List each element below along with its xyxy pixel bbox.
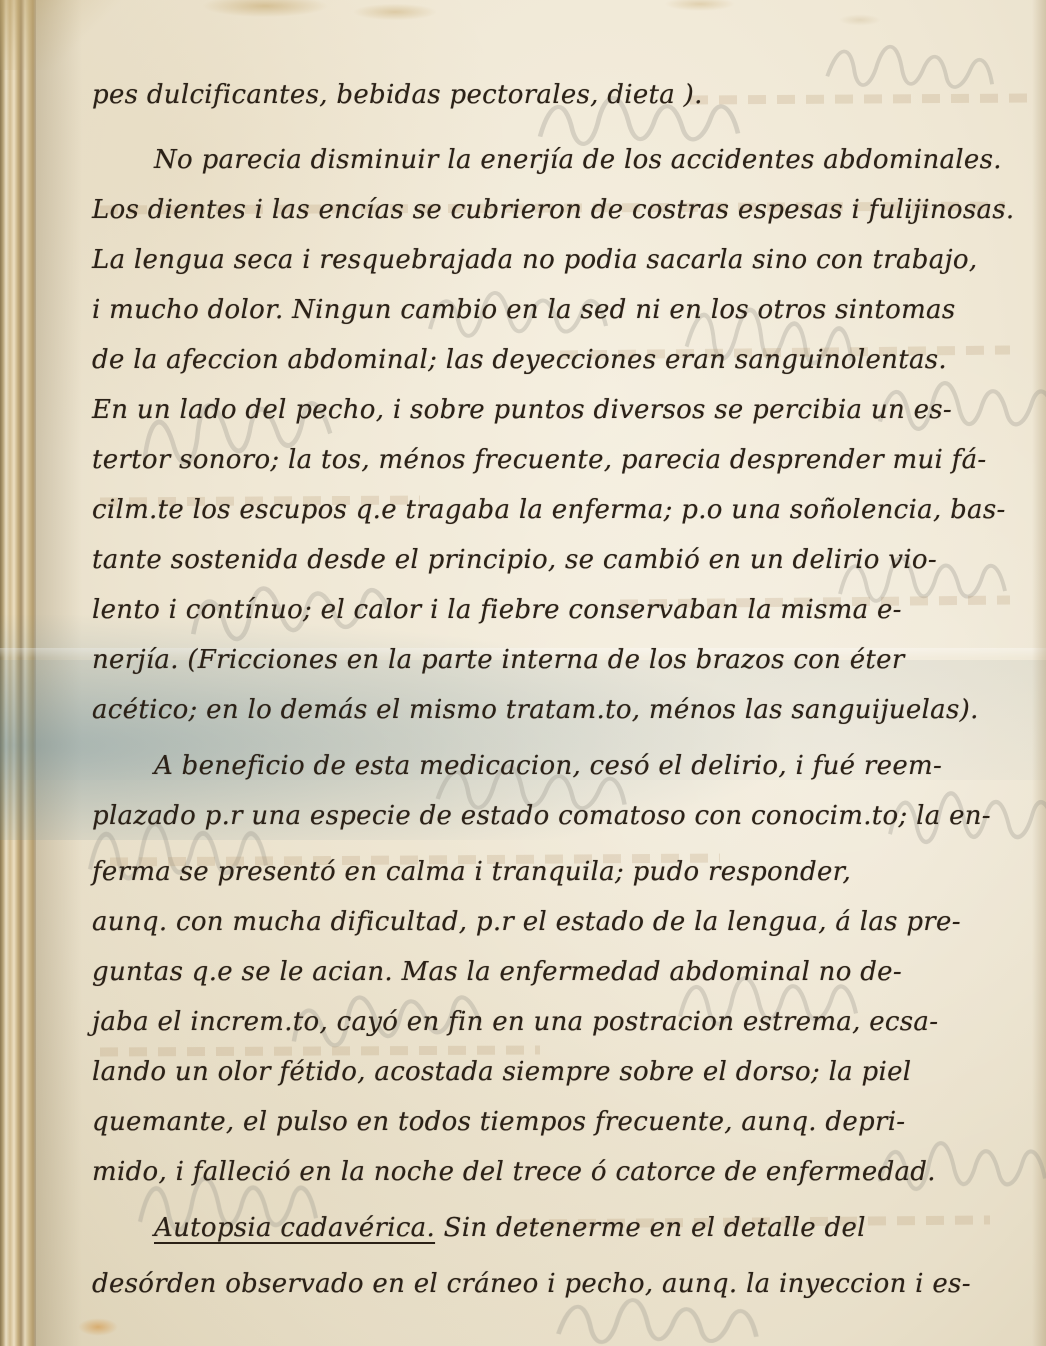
manuscript-line: aunq. con mucha dificultad, p.r el estad… — [92, 897, 1026, 947]
manuscript-line: ferma se presentó en calma i tranquila; … — [92, 847, 1026, 897]
manuscript-line: nerjía. (Fricciones en la parte interna … — [92, 635, 1026, 685]
manuscript-line: guntas q.e se le acian. Mas la enfermeda… — [92, 947, 1026, 997]
bottom-stain — [78, 1318, 118, 1336]
manuscript-line: La lengua seca i resquebrajada no podia … — [92, 235, 1026, 285]
manuscript-line: desórden observado en el cráneo i pecho,… — [92, 1259, 1026, 1309]
manuscript-line-autopsy-heading: Autopsia cadavérica. Sin detenerme en el… — [92, 1203, 1026, 1253]
autopsy-heading-underlined: Autopsia cadavérica. — [154, 1213, 435, 1243]
right-page-edge — [1032, 0, 1046, 1346]
manuscript-line: pes dulcificantes, bebidas pectorales, d… — [92, 70, 1026, 120]
manuscript-line: tante sostenida desde el principio, se c… — [92, 535, 1026, 585]
manuscript-line: plazado p.r una especie de estado comato… — [92, 791, 1026, 841]
manuscript-line: cilm.te los escupos q.e tragaba la enfer… — [92, 485, 1026, 535]
manuscript-line: de la afeccion abdominal; las deyeccione… — [92, 335, 1026, 385]
manuscript-line: i mucho dolor. Ningun cambio en la sed n… — [92, 285, 1026, 335]
manuscript-line: lento i contínuo; el calor i la fiebre c… — [92, 585, 1026, 635]
manuscript-line: No parecia disminuir la enerjía de los a… — [92, 135, 1026, 185]
manuscript-line: En un lado del pecho, i sobre puntos div… — [92, 385, 1026, 435]
manuscript-line: lando un olor fétido, acostada siempre s… — [92, 1047, 1026, 1097]
manuscript-line: A beneficio de esta medicacion, cesó el … — [92, 741, 1026, 791]
manuscript-line: Los dientes i las encías se cubrieron de… — [92, 185, 1026, 235]
manuscript-line: quemante, el pulso en todos tiempos frec… — [92, 1097, 1026, 1147]
manuscript-text-block: pes dulcificantes, bebidas pectorales, d… — [92, 70, 1026, 1309]
manuscript-line: acético; en lo demás el mismo tratam.to,… — [92, 685, 1026, 735]
manuscript-line: tertor sonoro; la tos, ménos frecuente, … — [92, 435, 1026, 485]
manuscript-line: jaba el increm.to, cayó en fin en una po… — [92, 997, 1026, 1047]
manuscript-line: mido, i falleció en la noche del trece ó… — [92, 1147, 1026, 1197]
autopsy-heading-rest: Sin detenerme en el detalle del — [435, 1213, 866, 1243]
top-edge-stains — [0, 0, 1046, 60]
